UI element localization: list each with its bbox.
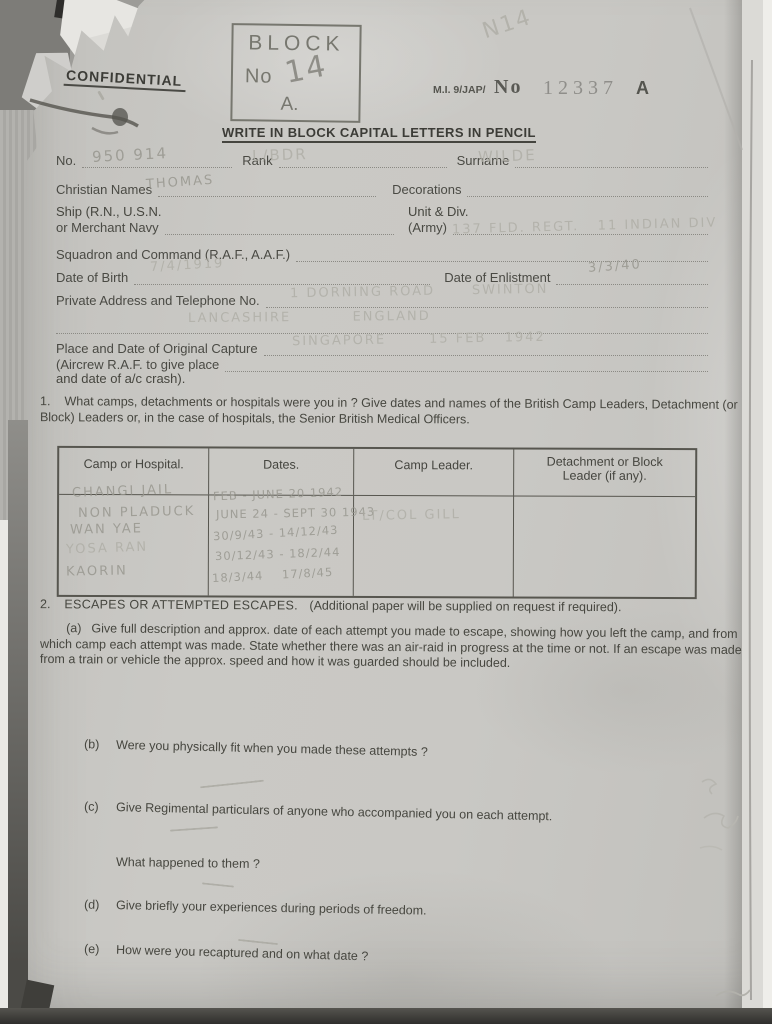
question-2-number: 2. [40,597,51,611]
camp-entry: NON PLADUCK [78,504,195,521]
page-edge-shadow [8,420,28,1024]
page-curl-shadow [724,0,744,1014]
service-no-label: No. [56,153,76,168]
item-a-text: Give full description and approx. date o… [40,621,742,670]
form-reference: M.I. 9/JAP/ [433,84,486,96]
item-a-label: (a) [66,621,81,635]
item-c-label: (c) [84,800,116,816]
ship-field [165,219,394,235]
form-instruction-title: WRITE IN BLOCK CAPITAL LETTERS IN PENCIL [222,125,536,143]
unit-div-label-2: (Army) [408,220,447,235]
date-of-birth-label: Date of Birth [56,270,128,285]
block-number-stamp: BLOCK No 14 A. [230,23,361,123]
address-value-2: LANCASHIRE ENGLAND [188,309,431,326]
decorations-field [467,181,708,197]
question-1-number: 1. [40,394,51,408]
scanned-pow-form: CONFIDENTIAL BLOCK No 14 A. N14 M.I. 9/J… [0,0,772,1024]
block-stamp-no-label: No [245,65,273,88]
item-b-label: (b) [84,737,116,753]
question-2-title: ESCAPES OR ATTEMPTED ESCAPES. [64,597,298,612]
scan-bottom-edge [0,1008,772,1024]
rank-value: L/BDR [252,145,308,165]
header-detachment-leader: Detachment or Block Leader (if any). [514,449,695,496]
header-camp-leader: Camp Leader. [354,449,514,496]
block-number-handwritten: 14 [282,48,330,91]
decorations-label: Decorations [392,182,461,197]
ship-label-2: or Merchant Navy [56,220,159,235]
ship-label-1: Ship (R.N., U.S.N. [56,204,394,219]
block-stamp-letter: A. [280,94,298,116]
christian-names-label: Christian Names [56,182,152,197]
capture-note-1: (Aircrew R.A.F. to give place [56,357,219,372]
row-capture-note1: (Aircrew R.A.F. to give place [56,356,708,372]
question-2a: (a)Give full description and approx. dat… [40,621,748,674]
question-2-note: (Additional paper will be supplied on re… [309,599,621,615]
capture-label: Place and Date of Original Capture [56,341,258,356]
squadron-field [296,246,708,262]
scan-margin [763,0,772,1024]
capture-field-2 [225,356,708,372]
camp-entry: KAORIN [66,563,128,579]
dates-entry: JUNE 24 - SEPT 30 1943 [216,505,375,522]
serial-letter: A [636,78,649,99]
surname-field [515,152,708,168]
serial-number: 12337 [543,77,618,100]
camp-entry: YOSA RAN [66,540,149,558]
surname-value: WILDE [478,146,537,166]
camp-leader-entry: LT/COL GILL [362,507,461,524]
question-1: 1.What camps, detachments or hospitals w… [40,394,746,429]
camp-entry: WAN YAE [70,521,143,537]
punch-hole [112,108,128,126]
private-address-label: Private Address and Telephone No. [56,293,260,308]
item-e-label: (e) [84,942,116,958]
question-2c-followup: What happened to them ? [116,855,260,873]
serial-no-label: No [494,76,522,99]
question-1-text: What camps, detachments or hospitals wer… [40,394,738,426]
cell-detachment-leader [514,496,695,596]
item-d-label: (d) [84,898,116,914]
capture-note-2: and date of a/c crash). [56,371,185,386]
